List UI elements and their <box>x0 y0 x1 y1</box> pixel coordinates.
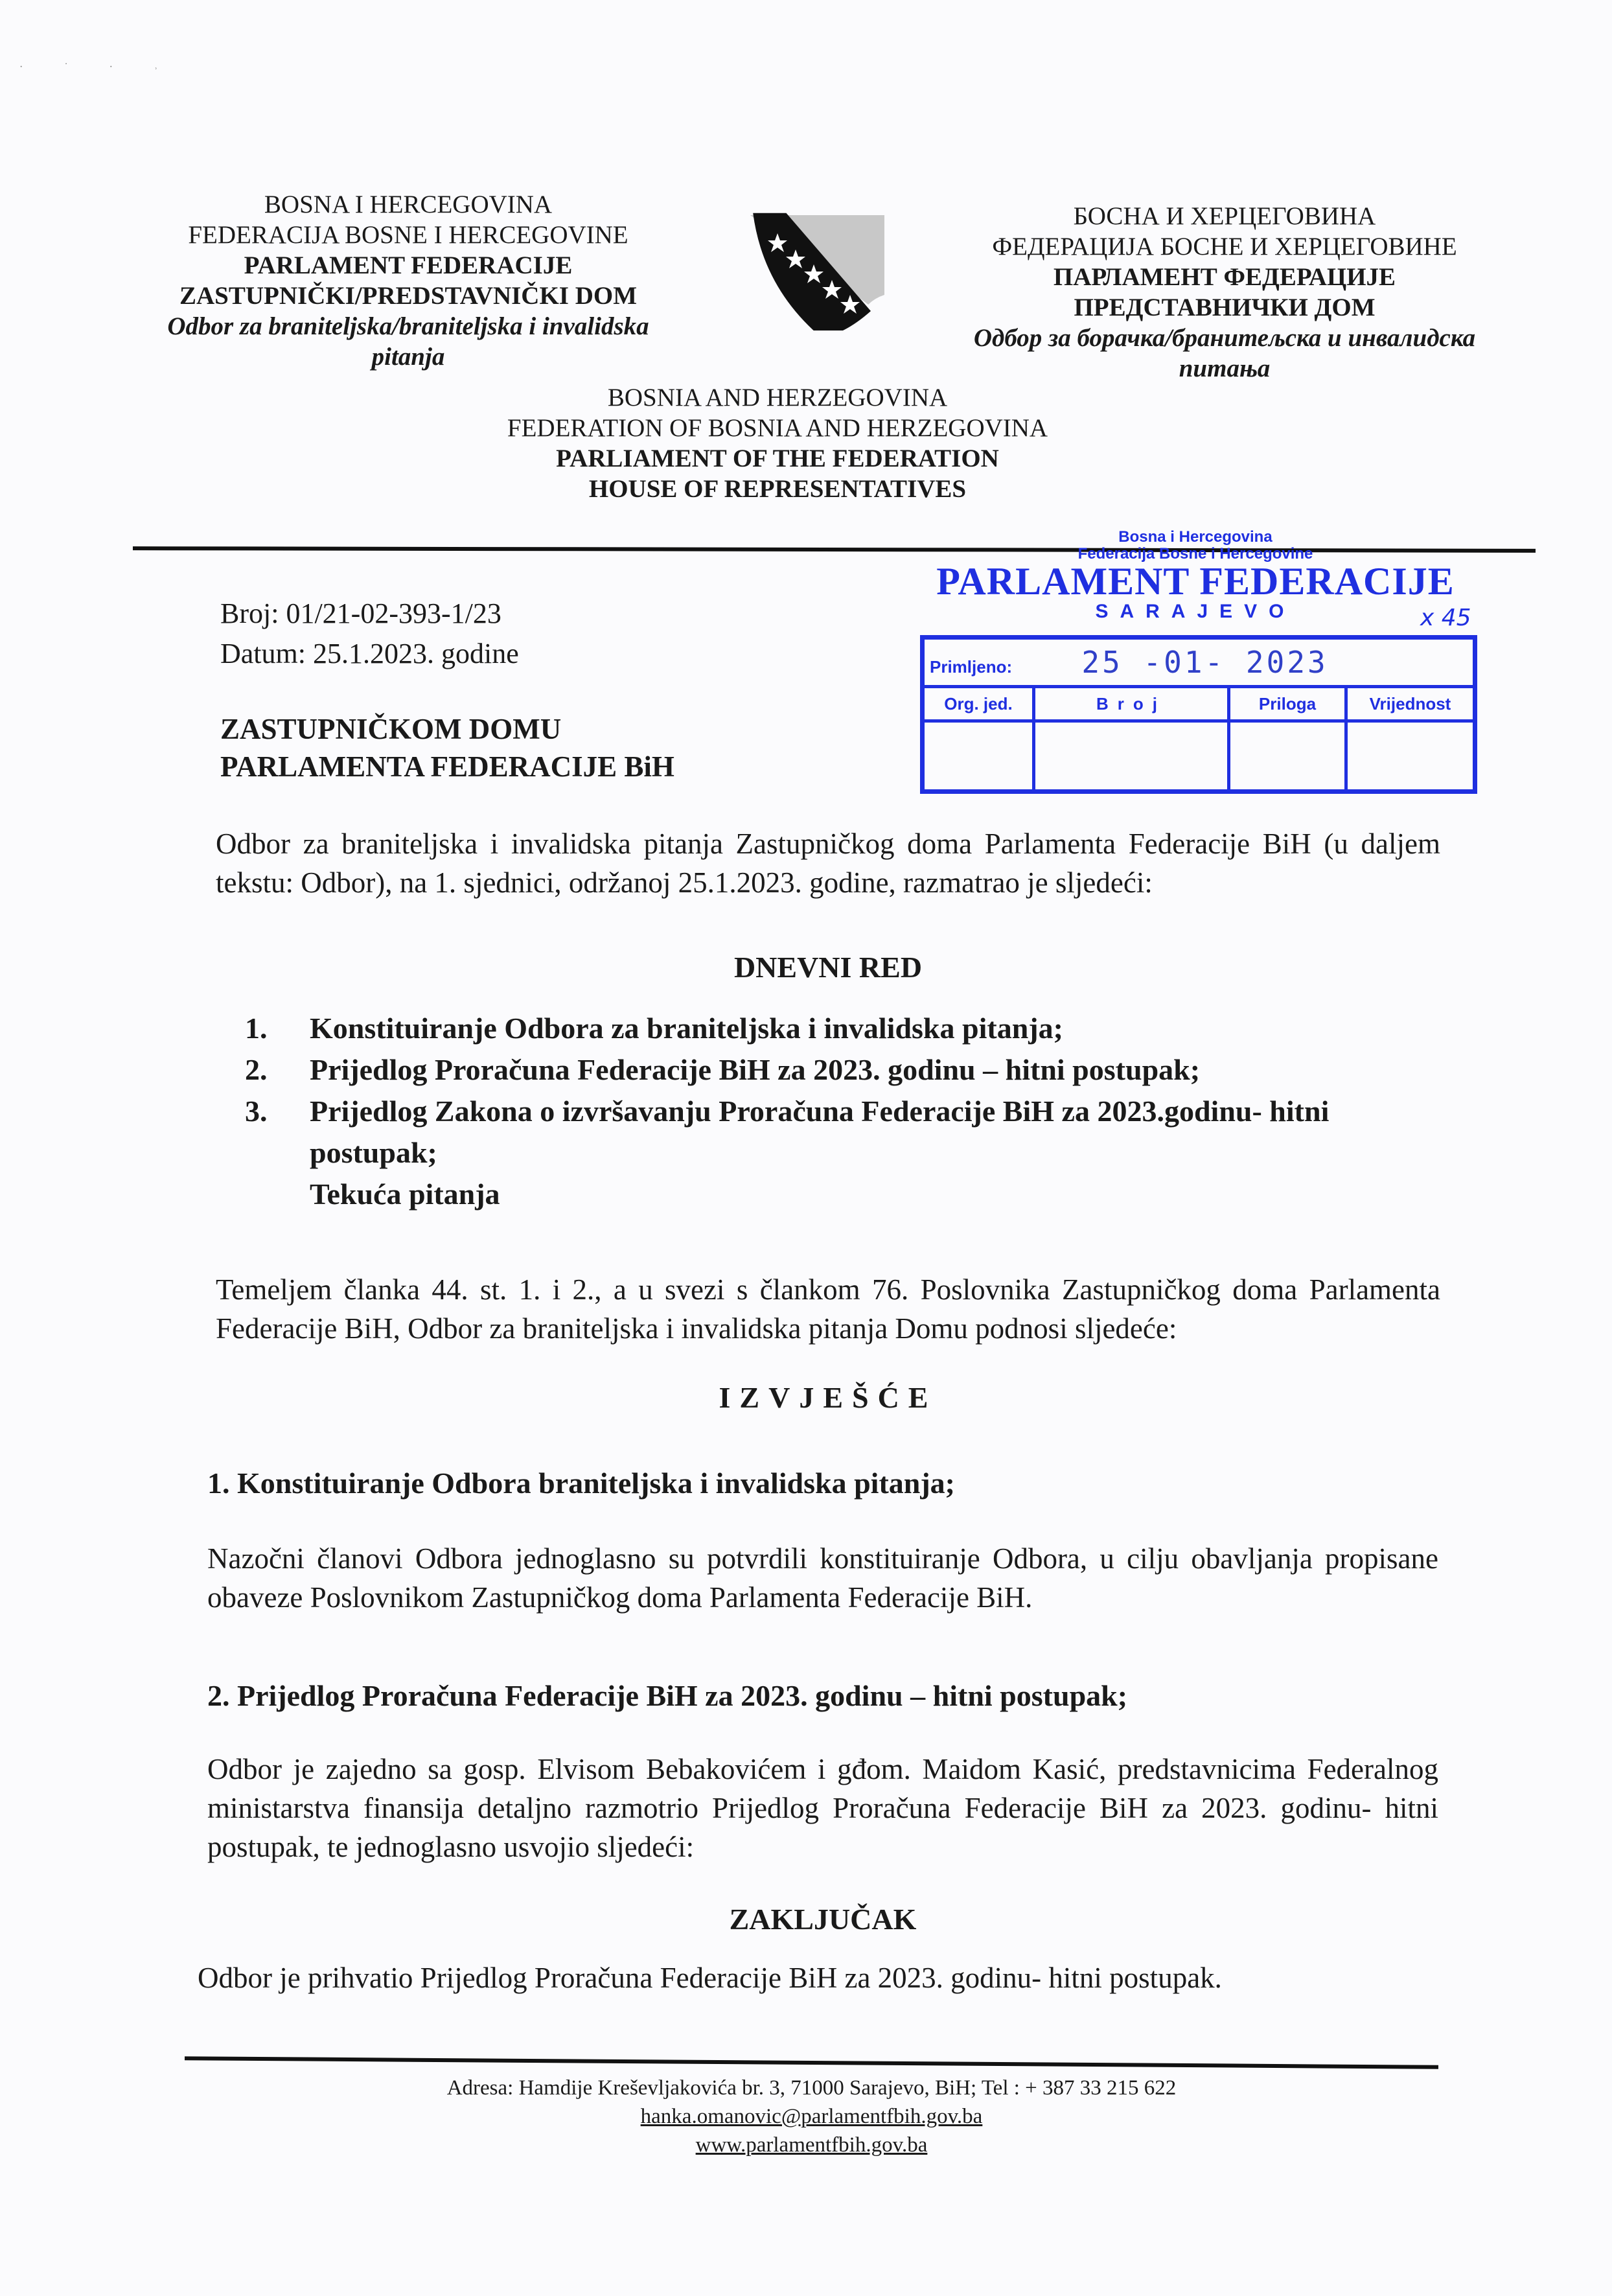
stamp-received-date: 25 -01- 2023 <box>1017 645 1328 680</box>
stamp-received: Primljeno: 25 -01- 2023 <box>923 638 1475 687</box>
footer-website-link[interactable]: www.parlamentfbih.gov.ba <box>696 2133 928 2157</box>
section-1-heading: 1. Konstituiranje Odbora braniteljska i … <box>207 1466 1438 1500</box>
stamp-city: SARAJEVO <box>907 601 1484 623</box>
stamp-received-label: Primljeno: <box>930 657 1012 677</box>
stamp-cell <box>923 721 1034 792</box>
basis-paragraph: Temeljem članka 44. st. 1. i 2., a u sve… <box>216 1270 1440 1348</box>
header-parliament-cyr: ПАРЛАМЕНТ ФЕДЕРАЦИЈЕ <box>933 262 1516 292</box>
section-1-body: Nazočni članovi Odbora jednoglasno su po… <box>207 1539 1438 1617</box>
document-date: Datum: 25.1.2023. godine <box>220 634 519 674</box>
stamp-col-attachments: Priloga <box>1229 687 1346 721</box>
conclusion-text: Odbor je prihvatio Prijedlog Proračuna F… <box>198 1958 1461 1997</box>
header-english: BOSNIA AND HERZEGOVINA FEDERATION OF BOS… <box>454 382 1101 504</box>
agenda-item: 1.Konstituiranje Odbora za braniteljska … <box>245 1008 1463 1049</box>
document-number: Broj: 01/21-02-393-1/23 <box>220 594 519 634</box>
stamp-country: Bosna i Hercegovina <box>907 528 1484 546</box>
agenda-list: 1.Konstituiranje Odbora za braniteljska … <box>245 1008 1463 1215</box>
agenda-item: 3.Prijedlog Zakona o izvršavanju Proraču… <box>245 1091 1463 1174</box>
stamp-table: Primljeno: 25 -01- 2023 Org. jed. Broj P… <box>920 635 1477 794</box>
stamp-handwritten-note: x 45 <box>1420 605 1471 631</box>
recipient-line1: ZASTUPNIČKOM DOMU <box>220 710 674 748</box>
stamp-cell <box>1346 721 1475 792</box>
header-cyrillic: БОСНА И ХЕРЦЕГОВИНА ФЕДЕРАЦИЈА БОСНЕ И Х… <box>933 201 1516 384</box>
header-committee-cont: pitanja <box>149 342 667 372</box>
agenda-title: DNEVNI RED <box>216 950 1440 984</box>
stamp-col-value: Vrijednost <box>1346 687 1475 721</box>
header-parliament: PARLAMENT FEDERACIJE <box>149 250 667 281</box>
header-committee: Odbor za braniteljska/braniteljska i inv… <box>149 311 667 342</box>
stamp-col-number: Broj <box>1034 687 1229 721</box>
header-house-en: HOUSE OF REPRESENTATIVES <box>454 474 1101 504</box>
recipient: ZASTUPNIČKOM DOMU PARLAMENTA FEDERACIJE … <box>220 710 674 785</box>
reception-stamp: Bosna i Hercegovina Federacija Bosne i H… <box>907 528 1484 800</box>
header-federation-en: FEDERATION OF BOSNIA AND HERZEGOVINA <box>454 413 1101 443</box>
footer-address: Adresa: Hamdije Kreševljakovića br. 3, 7… <box>185 2074 1438 2102</box>
conclusion-title: ZAKLJUČAK <box>207 1902 1438 1936</box>
bih-coat-of-arms-icon <box>748 194 884 330</box>
report-title: IZVJEŠĆE <box>216 1380 1440 1415</box>
header-country: BOSNA I HERCEGOVINA <box>149 189 667 220</box>
header-committee-cyr: Одбор за борачка/бранитељска и инвалидск… <box>933 323 1516 353</box>
stamp-parliament: PARLAMENT FEDERACIJE <box>907 559 1484 604</box>
header-latin: BOSNA I HERCEGOVINA FEDERACIJA BOSNE I H… <box>149 189 667 372</box>
header-federation-cyr: ФЕДЕРАЦИЈА БОСНЕ И ХЕРЦЕГОВИНЕ <box>933 231 1516 262</box>
header-committee-cont-cyr: питања <box>933 353 1516 384</box>
document-meta: Broj: 01/21-02-393-1/23 Datum: 25.1.2023… <box>220 594 519 674</box>
stamp-cell <box>1229 721 1346 792</box>
agenda-item: Tekuća pitanja <box>245 1174 1463 1215</box>
stamp-cell <box>1034 721 1229 792</box>
header-country-cyr: БОСНА И ХЕРЦЕГОВИНА <box>933 201 1516 231</box>
recipient-line2: PARLAMENTA FEDERACIJE BiH <box>220 748 674 785</box>
section-2-heading: 2. Prijedlog Proračuna Federacije BiH za… <box>207 1678 1438 1713</box>
header-country-en: BOSNIA AND HERZEGOVINA <box>454 382 1101 413</box>
agenda-item: 2.Prijedlog Proračuna Federacije BiH za … <box>245 1049 1463 1091</box>
footer: Adresa: Hamdije Kreševljakovića br. 3, 7… <box>185 2074 1438 2159</box>
intro-paragraph: Odbor za braniteljska i invalidska pitan… <box>216 824 1440 902</box>
stamp-col-org: Org. jed. <box>923 687 1034 721</box>
header-parliament-en: PARLIAMENT OF THE FEDERATION <box>454 443 1101 474</box>
scan-specks: · ˙ · ˒ <box>19 62 177 73</box>
header-house-cyr: ПРЕДСТАВНИЧКИ ДОМ <box>933 292 1516 323</box>
footer-email-link[interactable]: hanka.omanovic@parlamentfbih.gov.ba <box>641 2105 983 2128</box>
header-federation: FEDERACIJA BOSNE I HERCEGOVINE <box>149 220 667 250</box>
section-2-body: Odbor je zajedno sa gosp. Elvisom Bebako… <box>207 1750 1438 1866</box>
header-house: ZASTUPNIČKI/PREDSTAVNIČKI DOM <box>149 281 667 311</box>
footer-divider <box>185 2056 1438 2069</box>
